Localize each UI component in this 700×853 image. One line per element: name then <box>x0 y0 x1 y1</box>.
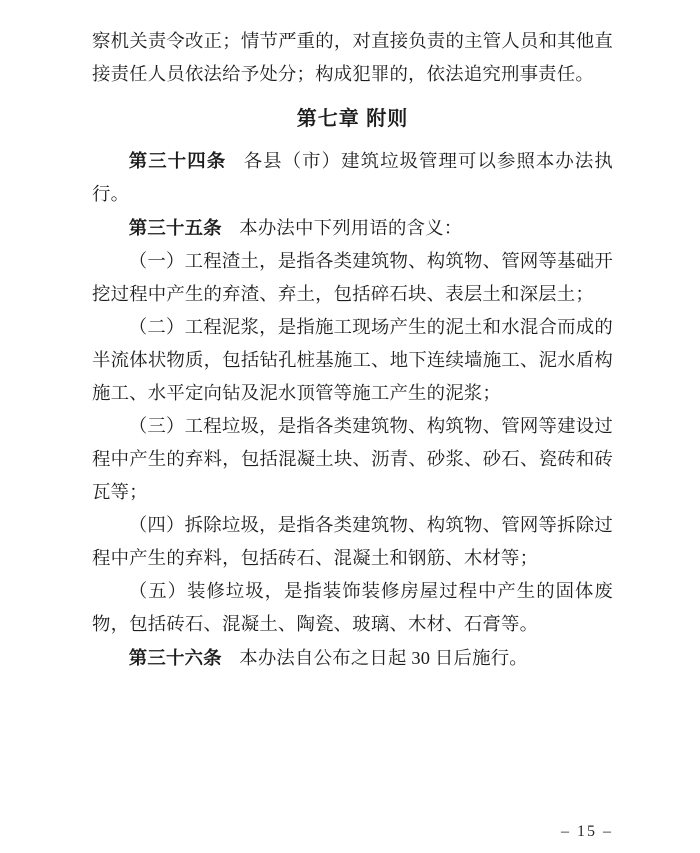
article-34: 第三十四条各县（市）建筑垃圾管理可以参照本办法执行。 <box>92 144 613 211</box>
paragraph-continuation: 察机关责令改正；情节严重的，对直接负责的主管人员和其他直接责任人员依法给予处分；… <box>92 25 613 91</box>
article-35-number: 第三十五条 <box>129 217 222 238</box>
article-34-number: 第三十四条 <box>129 150 226 171</box>
article-36-text: 本办法自公布之日起 30 日后施行。 <box>239 648 528 668</box>
page-number: – 15 – <box>92 821 613 843</box>
document-page: 察机关责令改正；情节严重的，对直接负责的主管人员和其他直接责任人员依法给予处分；… <box>92 25 613 675</box>
article-36: 第三十六条本办法自公布之日起 30 日后施行。 <box>92 641 613 675</box>
article-36-number: 第三十六条 <box>129 647 222 668</box>
definition-item-5: （五）装修垃圾，是指装饰装修房屋过程中产生的固体废物，包括砖石、混凝土、陶瓷、玻… <box>92 575 613 641</box>
definition-item-1: （一）工程渣土，是指各类建筑物、构筑物、管网等基础开挖过程中产生的弃渣、弃土，包… <box>92 245 613 311</box>
definition-item-3: （三）工程垃圾，是指各类建筑物、构筑物、管网等建设过程中产生的弃料，包括混凝土块… <box>92 410 613 509</box>
article-35-text: 本办法中下列用语的含义： <box>239 218 462 238</box>
definition-item-2: （二）工程泥浆，是指施工现场产生的泥土和水混合而成的半流体状物质，包括钻孔桩基施… <box>92 311 613 410</box>
chapter-heading: 第七章 附则 <box>92 103 613 136</box>
article-35: 第三十五条本办法中下列用语的含义： <box>92 211 613 245</box>
definition-item-4: （四）拆除垃圾，是指各类建筑物、构筑物、管网等拆除过程中产生的弃料，包括砖石、混… <box>92 509 613 575</box>
